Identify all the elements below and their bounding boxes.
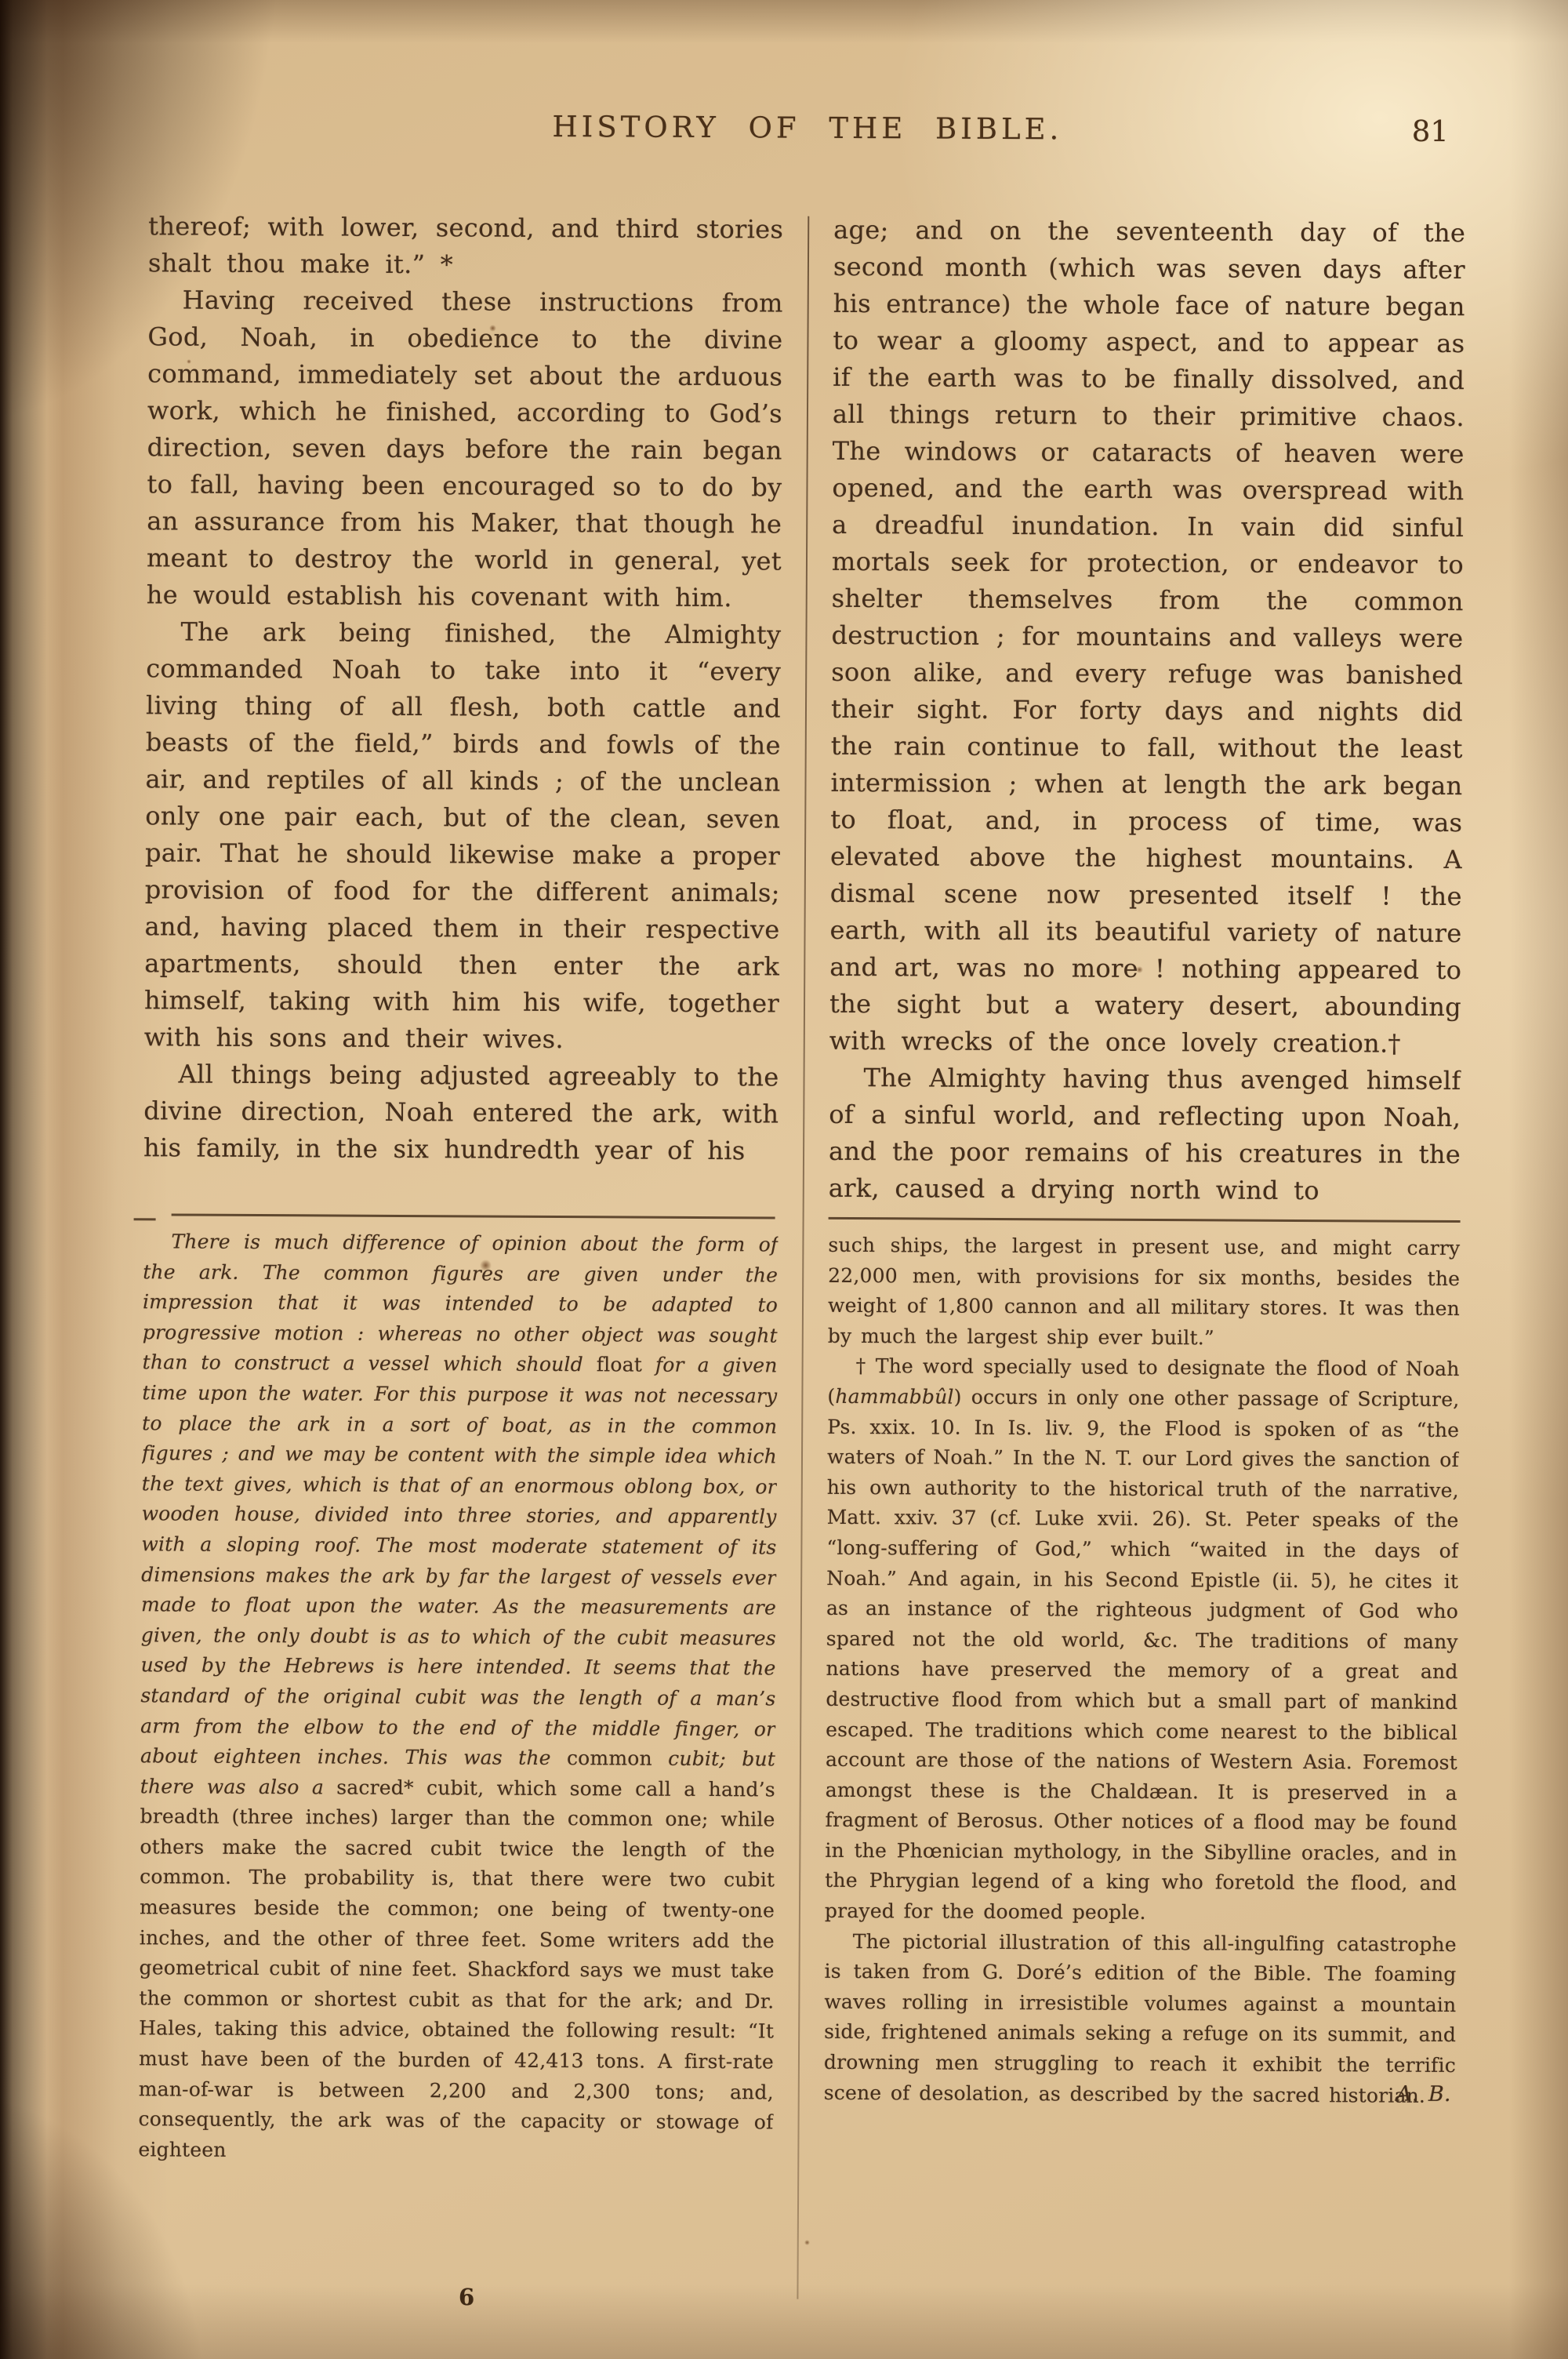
paper-speck [489,325,496,332]
paragraph: The ark being finished, the Almighty com… [144,613,782,1059]
column-divider [797,216,809,2299]
paragraph: Having received these instructions from … [147,282,783,616]
page-title: HISTORY OF THE BIBLE. [149,107,1466,148]
column-right: age; and on the seventeenth day of the s… [822,212,1465,2325]
footnote-rule-left [143,1205,779,1230]
left-footnote: There is much difference of opinion abou… [137,1227,778,2321]
running-head: HISTORY OF THE BIBLE. 81 [148,107,1466,215]
footnote-rule-right [829,1209,1461,1234]
paper-speck [187,359,191,364]
footnote-paragraph: † The word specially used to designate t… [825,1351,1460,1929]
signature-mark: 6 [459,2284,474,2310]
right-footnote: such ships, the largest in present use, … [822,1230,1460,2325]
text-columns: thereof; with lower, second, and third s… [137,208,1465,2325]
paragraph: age; and on the seventeenth day of the s… [829,212,1466,1063]
page-number: 81 [1412,114,1449,148]
footnote-last-block: The pictorial illustration of this all-i… [824,1926,1457,2111]
footnote-paragraph: There is much difference of opinion abou… [138,1227,778,2168]
paper-speck [804,2240,810,2245]
right-main-text: age; and on the seventeenth day of the s… [829,212,1466,1212]
paragraph: All things being adjusted agreeably to t… [143,1056,779,1169]
author-initials: A. B. [1396,2079,1451,2110]
paragraph: thereof; with lower, second, and third s… [148,208,783,285]
paragraph: The Almighty having thus avenged himself… [829,1060,1461,1210]
page-sheet: HISTORY OF THE BIBLE. 81 thereof; with l… [137,107,1466,2325]
column-left: thereof; with lower, second, and third s… [137,208,783,2321]
book-page-photo: HISTORY OF THE BIBLE. 81 thereof; with l… [0,0,1568,2359]
paper-speck [1136,966,1143,973]
footnote-paragraph: such ships, the largest in present use, … [828,1230,1461,1355]
paper-speck [480,1259,492,1271]
left-main-text: thereof; with lower, second, and third s… [143,208,784,1208]
footnote-paragraph: The pictorial illustration of this all-i… [824,1926,1457,2111]
